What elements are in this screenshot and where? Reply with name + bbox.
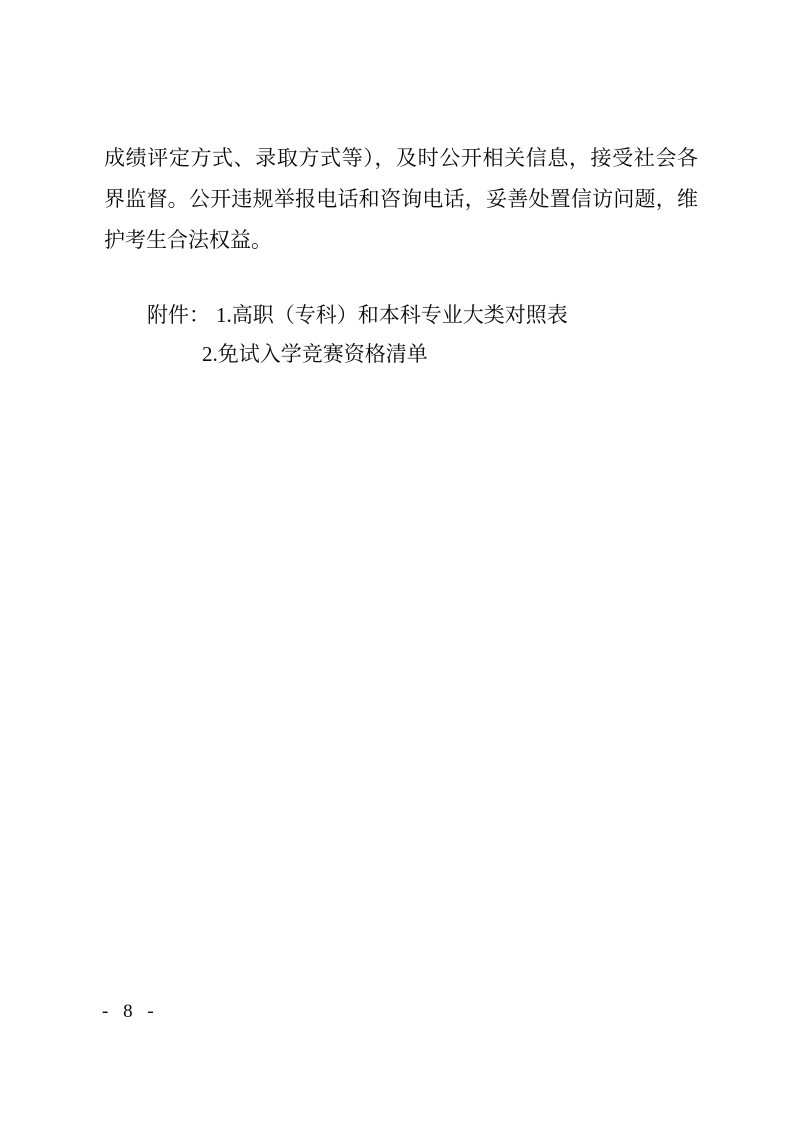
body-line-1: 成绩评定方式、录取方式等），及时公开相关信息，接受社会各: [104, 138, 698, 179]
attachments-block: 附件：1.高职（专科）和本科专业大类对照表 2.免试入学竞赛资格清单: [147, 296, 568, 374]
body-line-3: 护考生合法权益。: [104, 220, 698, 261]
document-page: 成绩评定方式、录取方式等），及时公开相关信息，接受社会各 界监督。公开违规举报电…: [0, 0, 794, 1123]
body-line-2: 界监督。公开违规举报电话和咨询电话，妥善处置信访问题，维: [104, 179, 698, 220]
attachment-item-1: 1.高职（专科）和本科专业大类对照表: [216, 303, 568, 327]
body-paragraph: 成绩评定方式、录取方式等），及时公开相关信息，接受社会各 界监督。公开违规举报电…: [104, 138, 698, 261]
page-number: - 8 -: [102, 1001, 159, 1023]
attachment-item-2: 2.免试入学竞赛资格清单: [202, 335, 568, 374]
attachment-line: 附件：1.高职（专科）和本科专业大类对照表: [147, 296, 568, 335]
attachments-label: 附件：: [147, 303, 210, 327]
